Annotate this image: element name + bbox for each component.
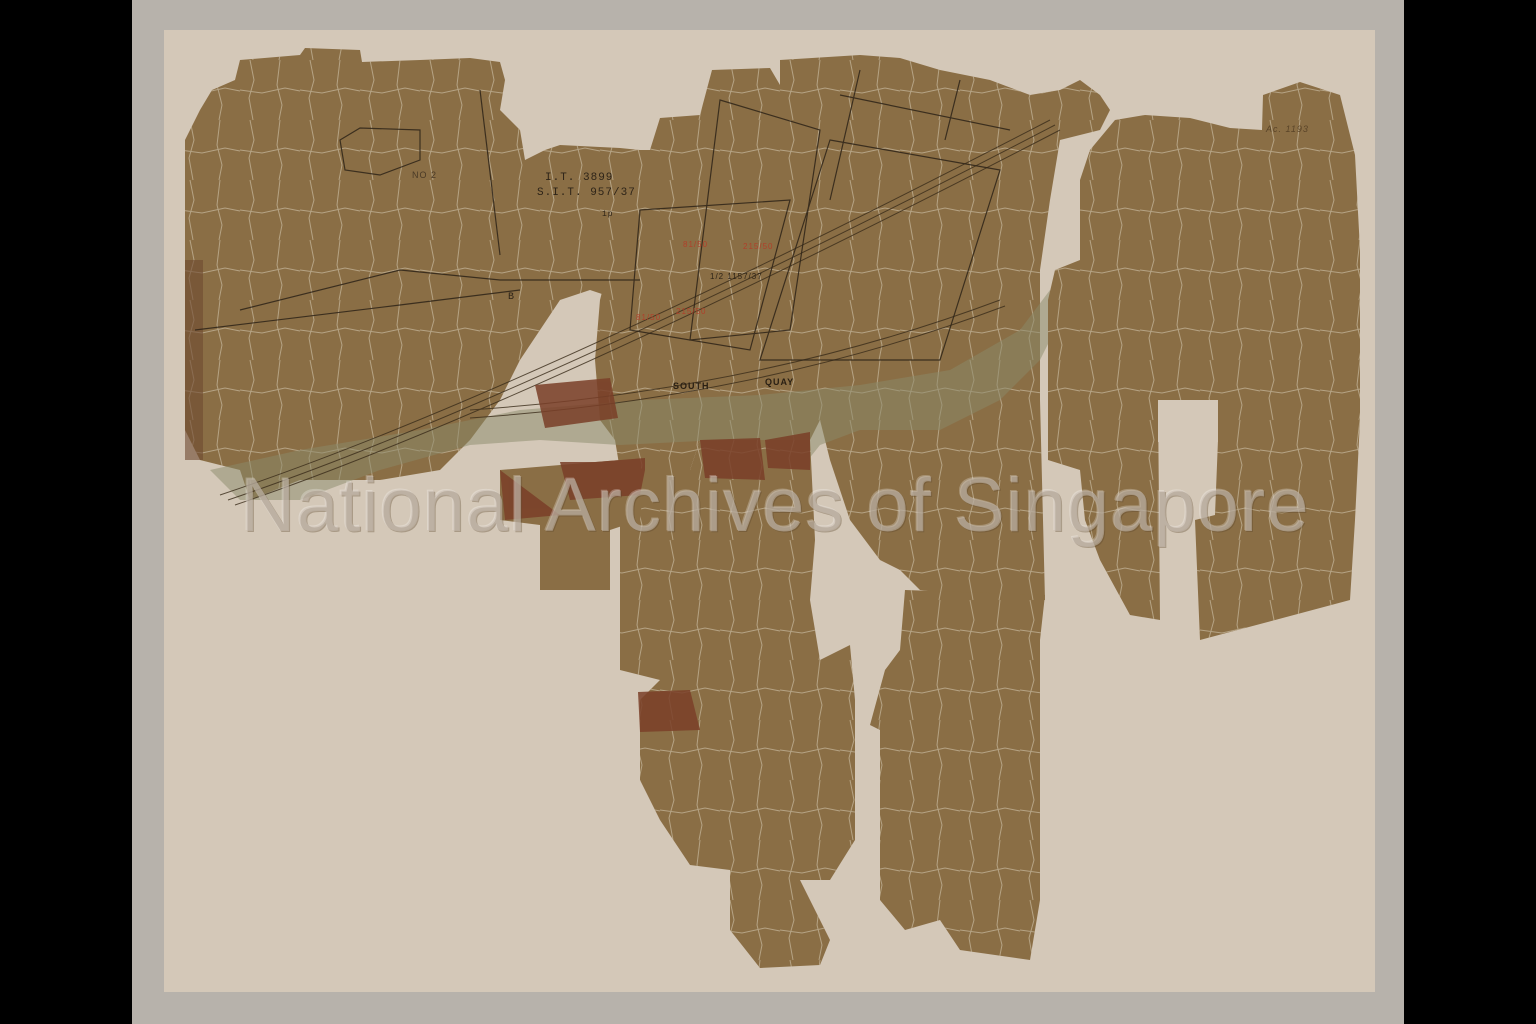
fragment-upper-right (1048, 82, 1360, 640)
lot-label: 215/50 (676, 307, 706, 316)
watermark: National Archives of Singapore (160, 462, 1390, 549)
street-label-quay: QUAY (765, 377, 794, 387)
block-number: NO 2 (412, 170, 437, 180)
lot-label: 215/50 (743, 242, 773, 251)
lot-label: 81/50 (683, 240, 708, 249)
reference-number-2: S.I.T. 957/37 (537, 187, 636, 199)
grid-marker: B (508, 292, 515, 303)
lot-label: 1/2 1157/37 (710, 272, 763, 281)
lot-label: 81/50 (636, 313, 661, 322)
street-label-south: SOUTH (673, 381, 710, 391)
map-mark: 1p (602, 210, 614, 219)
reference-number-1: I.T. 3899 (545, 172, 613, 184)
corner-annotation: Ac. 1193 (1266, 124, 1309, 134)
fragment-lower-right-column (870, 590, 1045, 960)
